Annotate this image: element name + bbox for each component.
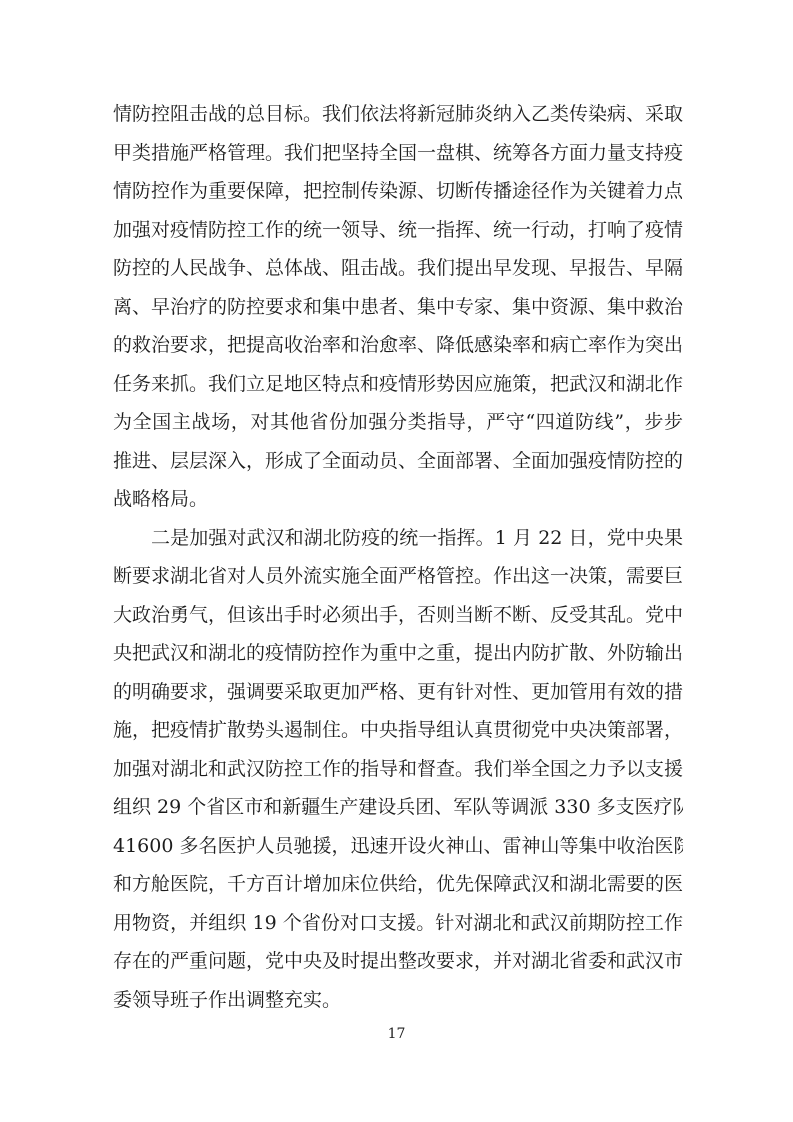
- text-line: 的救治要求，把提高收治率和治愈率、降低感染率和病亡率作为突出: [113, 326, 683, 365]
- text-line: 任务来抓。我们立足地区特点和疫情形势因应施策，把武汉和湖北作: [113, 365, 683, 404]
- text-line: 情防控阻击战的总目标。我们依法将新冠肺炎纳入乙类传染病、采取: [113, 95, 683, 134]
- text-line: 情防控作为重要保障，把控制传染源、切断传播途径作为关键着力点，: [113, 172, 683, 211]
- text-line: 甲类措施严格管理。我们把坚持全国一盘棋、统筹各方面力量支持疫: [113, 134, 683, 173]
- text-line: 和方舱医院，千方百计增加床位供给，优先保障武汉和湖北需要的医: [113, 865, 683, 904]
- text-line: 断要求湖北省对人员外流实施全面严格管控。作出这一决策，需要巨: [113, 557, 683, 596]
- text-line: 加强对湖北和武汉防控工作的指导和督查。我们举全国之力予以支援，: [113, 750, 683, 789]
- document-page: 情防控阻击战的总目标。我们依法将新冠肺炎纳入乙类传染病、采取甲类措施严格管理。我…: [0, 0, 793, 1122]
- text-line: 为全国主战场，对其他省份加强分类指导，严守“四道防线”，步步: [113, 403, 683, 442]
- document-content: 情防控阻击战的总目标。我们依法将新冠肺炎纳入乙类传染病、采取甲类措施严格管理。我…: [113, 95, 683, 1019]
- text-line: 战略格局。: [113, 480, 683, 519]
- text-line: 用物资，并组织 19 个省份对口支援。针对湖北和武汉前期防控工作: [113, 904, 683, 943]
- text-line: 大政治勇气，但该出手时必须出手，否则当断不断、反受其乱。党中: [113, 596, 683, 635]
- text-line: 的明确要求，强调要采取更加严格、更有针对性、更加管用有效的措: [113, 673, 683, 712]
- text-line: 二是加强对武汉和湖北防疫的统一指挥。1 月 22 日，党中央果: [113, 519, 683, 558]
- paragraph-1: 情防控阻击战的总目标。我们依法将新冠肺炎纳入乙类传染病、采取甲类措施严格管理。我…: [113, 95, 683, 519]
- text-line: 防控的人民战争、总体战、阻击战。我们提出早发现、早报告、早隔: [113, 249, 683, 288]
- text-line: 委领导班子作出调整充实。: [113, 981, 683, 1020]
- paragraph-2: 二是加强对武汉和湖北防疫的统一指挥。1 月 22 日，党中央果断要求湖北省对人员…: [113, 519, 683, 1020]
- text-line: 41600 多名医护人员驰援，迅速开设火神山、雷神山等集中收治医院: [113, 827, 683, 866]
- text-line: 推进、层层深入，形成了全面动员、全面部署、全面加强疫情防控的: [113, 442, 683, 481]
- text-line: 施，把疫情扩散势头遏制住。中央指导组认真贯彻党中央决策部署，: [113, 711, 683, 750]
- page-number: 17: [0, 1024, 793, 1044]
- text-line: 组织 29 个省区市和新疆生产建设兵团、军队等调派 330 多支医疗队、: [113, 788, 683, 827]
- text-line: 央把武汉和湖北的疫情防控作为重中之重，提出内防扩散、外防输出: [113, 634, 683, 673]
- text-line: 存在的严重问题，党中央及时提出整改要求，并对湖北省委和武汉市: [113, 942, 683, 981]
- text-line: 离、早治疗的防控要求和集中患者、集中专家、集中资源、集中救治: [113, 288, 683, 327]
- text-line: 加强对疫情防控工作的统一领导、统一指挥、统一行动，打响了疫情: [113, 211, 683, 250]
